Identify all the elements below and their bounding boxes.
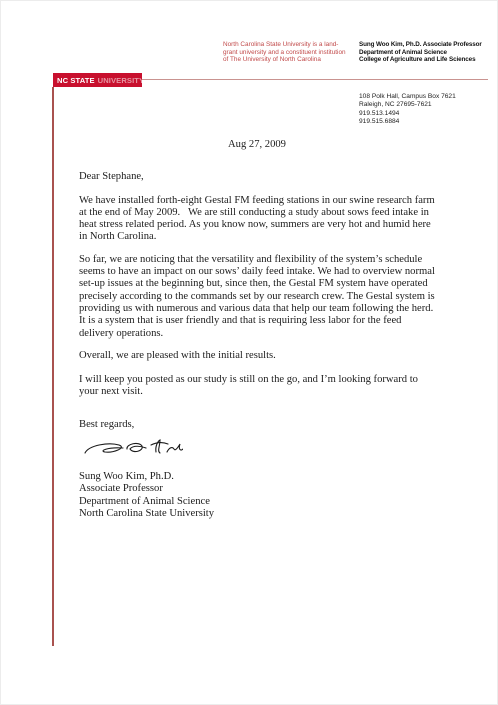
signature-name: Sung Woo Kim, Ph.D. xyxy=(79,471,435,483)
address-line: 919.513.1494 xyxy=(359,110,456,118)
letter-body: Aug 27, 2009 Dear Stephane, We have inst… xyxy=(79,139,435,520)
signature-scribble-icon xyxy=(83,437,183,465)
logo-text-secondary: UNIVERSITY xyxy=(98,76,145,85)
mission-line: North Carolina State University is a lan… xyxy=(223,41,346,49)
letterhead-vertical-rule xyxy=(52,87,54,646)
sender-credentials: Sung Woo Kim, Ph.D. Associate Professor … xyxy=(359,41,482,64)
signature-block: Sung Woo Kim, Ph.D. Associate Professor … xyxy=(79,471,435,520)
address-line: Raleigh, NC 27695-7621 xyxy=(359,101,456,109)
sender-address-block: 108 Polk Hall, Campus Box 7621 Raleigh, … xyxy=(359,93,456,127)
mission-line: of The University of North Carolina xyxy=(223,56,346,64)
credential-line: Department of Animal Science xyxy=(359,49,482,57)
address-line: 919.515.6884 xyxy=(359,118,456,126)
nc-state-logo: NC STATE UNIVERSITY xyxy=(53,73,142,87)
closing: Best regards, xyxy=(79,419,435,431)
logo-text-primary: NC STATE xyxy=(57,76,95,85)
mission-line: grant university and a constituent insti… xyxy=(223,49,346,57)
address-line: 108 Polk Hall, Campus Box 7621 xyxy=(359,93,456,101)
paragraph: We have installed forth-eight Gestal FM … xyxy=(79,195,435,244)
paragraph: Overall, we are pleased with the initial… xyxy=(79,350,435,362)
salutation: Dear Stephane, xyxy=(79,171,435,183)
credential-line: College of Agriculture and Life Sciences xyxy=(359,56,482,64)
letterhead-horizontal-rule xyxy=(142,79,488,80)
signature-university: North Carolina State University xyxy=(79,508,435,520)
letter-page: North Carolina State University is a lan… xyxy=(0,0,498,705)
paragraph: I will keep you posted as our study is s… xyxy=(79,374,435,399)
paragraph: So far, we are noticing that the versati… xyxy=(79,254,435,340)
handwritten-signature xyxy=(83,437,435,467)
university-mission-statement: North Carolina State University is a lan… xyxy=(223,41,346,64)
signature-department: Department of Animal Science xyxy=(79,496,435,508)
credential-line: Sung Woo Kim, Ph.D. Associate Professor xyxy=(359,41,482,49)
letter-date: Aug 27, 2009 xyxy=(79,139,435,151)
signature-title: Associate Professor xyxy=(79,483,435,495)
